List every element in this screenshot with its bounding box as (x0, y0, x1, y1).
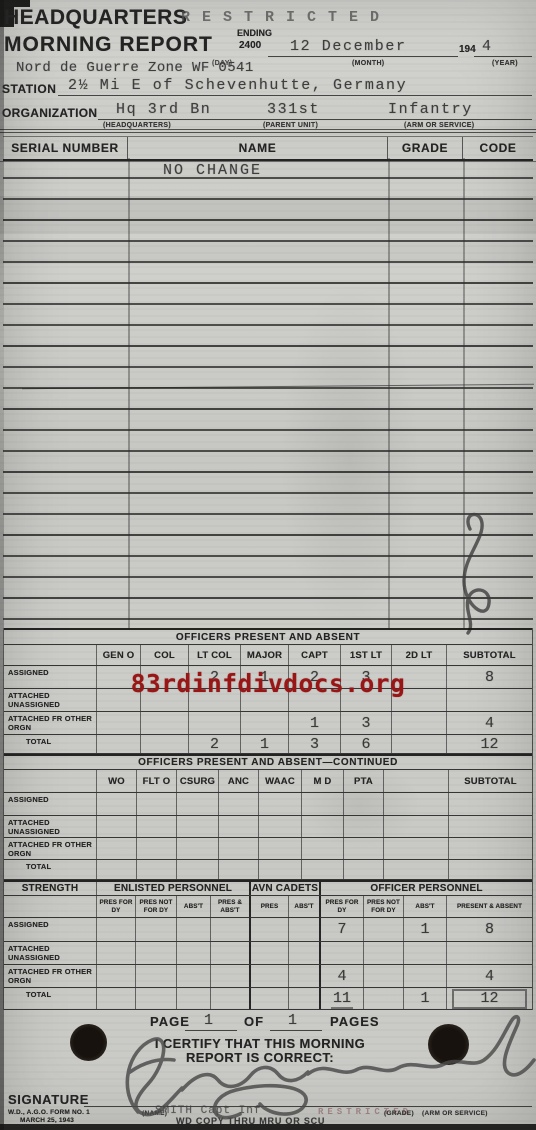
roster-col-grade: GRADE (388, 137, 463, 159)
value-cell (136, 988, 177, 1009)
value-cell (137, 860, 177, 879)
value-cell (251, 918, 289, 941)
row-label: TOTAL (4, 735, 97, 753)
value-cell (302, 793, 344, 815)
roster-vline (388, 158, 390, 628)
col-csurg: CSURG (177, 770, 219, 792)
value-cell (341, 689, 392, 711)
footer: PAGE 1 OF 1 PAGES I CERTIFY THAT THIS MO… (0, 1008, 536, 1130)
value-cell (449, 860, 532, 879)
year-underline (474, 56, 532, 57)
officers-continued-header-row: WO FLT O CSURG ANC WAAC M D PTA SUBTOTAL (4, 770, 532, 793)
value-cell (241, 689, 289, 711)
org-arm-value: Infantry (388, 101, 473, 118)
value-cell (177, 988, 211, 1009)
value-cell: 3 (341, 666, 392, 688)
col-wo: WO (97, 770, 137, 792)
roster-vline (128, 158, 130, 628)
value-cell (289, 942, 321, 964)
row-total: TOTAL 2 1 3 6 12 (4, 735, 532, 754)
row-label: TOTAL (4, 988, 97, 1009)
value-cell (384, 816, 449, 837)
morning-report-title: MORNING REPORT (4, 33, 213, 57)
value-cell: 6 (341, 735, 392, 753)
value-cell: 1 (404, 988, 447, 1009)
value-cell (259, 793, 302, 815)
value-cell (321, 942, 364, 964)
value-cell: 4 (321, 965, 364, 987)
value-cell (364, 918, 404, 941)
row-attached-unassigned: ATTACHED UNASSIGNED (4, 816, 532, 838)
value-cell (97, 666, 141, 688)
value-cell (189, 689, 241, 711)
col-col: COL (141, 645, 189, 665)
row-assigned: ASSIGNED (4, 793, 532, 816)
value-cell (241, 712, 289, 734)
value-cell (251, 965, 289, 987)
org-parent-unit-value: 331st (267, 101, 320, 118)
col-flt-o: FLT O (137, 770, 177, 792)
value-cell (344, 838, 384, 859)
value-cell (219, 860, 259, 879)
col-enl-abst: ABS'T (177, 896, 211, 917)
value-cell (392, 735, 447, 753)
value-cell (97, 712, 141, 734)
value-cell (97, 793, 137, 815)
value-cell: 12 (447, 988, 532, 1009)
group-officer-personnel: OFFICER PERSONNEL (321, 882, 532, 895)
value-cell (449, 838, 532, 859)
value-cell: 7 (321, 918, 364, 941)
value-cell (177, 965, 211, 987)
value-cell (344, 816, 384, 837)
value-cell (141, 666, 189, 688)
value-cell: 1 (404, 918, 447, 941)
officers-header-row: GEN O COL LT COL MAJOR CAPT 1ST LT 2D LT… (4, 645, 532, 666)
value-cell (211, 942, 251, 964)
double-rule (0, 129, 536, 133)
value-cell (259, 816, 302, 837)
strength-table: STRENGTH ENLISTED PERSONNEL AVN CADETS O… (3, 880, 533, 1010)
ending-label: ENDING (237, 28, 272, 38)
col-off-abst: ABS'T (404, 896, 447, 917)
pencil-eight-mark (440, 505, 500, 645)
col-off-present-and-absent: PRESENT & ABSENT (447, 896, 532, 917)
value-cell (364, 988, 404, 1009)
value-cell (344, 793, 384, 815)
station-underline (58, 95, 532, 96)
value-cell (189, 712, 241, 734)
organization-label: ORGANIZATION (2, 106, 97, 120)
strength-title: STRENGTH (4, 882, 97, 895)
row-label: ATTACHED FR OTHER ORGN (4, 838, 97, 859)
form-number-line: W.D., A.G.O. FORM NO. 1 (8, 1109, 90, 1116)
group-avn-cadets: AVN CADETS (251, 882, 321, 895)
row-label: ATTACHED UNASSIGNED (4, 816, 97, 837)
value-cell (177, 816, 219, 837)
value-cell (219, 838, 259, 859)
headquarters-title: HEADQUARTERS (4, 6, 187, 30)
row-label: ASSIGNED (4, 793, 97, 815)
value-cell (177, 838, 219, 859)
value-cell (302, 816, 344, 837)
value-cell (384, 838, 449, 859)
handwritten-signature (100, 1012, 536, 1124)
value-cell (392, 666, 447, 688)
org-arm-label: (ARM OR SERVICE) (404, 122, 474, 129)
col-md: M D (302, 770, 344, 792)
value-cell (141, 689, 189, 711)
col-waac: WAAC (259, 770, 302, 792)
value-cell (97, 860, 137, 879)
roster-entry-no-change: NO CHANGE (163, 162, 262, 179)
col-major: MAJOR (241, 645, 289, 665)
value-cell (449, 816, 532, 837)
value-cell (302, 838, 344, 859)
value-cell (447, 689, 532, 711)
officers-continued-table: OFFICERS PRESENT AND ABSENT—CONTINUED WO… (3, 754, 533, 880)
value-cell (97, 838, 137, 859)
year-label: (YEAR) (492, 60, 518, 67)
organization-underline (98, 119, 532, 120)
value-cell (177, 942, 211, 964)
value-cell (289, 918, 321, 941)
year-value: 4 (482, 38, 493, 55)
form-date-line: MARCH 25, 1943 (20, 1117, 74, 1124)
value-cell: 8 (447, 918, 532, 941)
col-lt-col: LT COL (189, 645, 241, 665)
value-cell (97, 942, 136, 964)
value-cell (219, 816, 259, 837)
col-off-pres-not-for-dy: PRES NOT FOR DY (364, 896, 404, 917)
value-cell (302, 860, 344, 879)
col-off-pres-for-dy: PRES FOR DY (321, 896, 364, 917)
row-attached-fr-other-orgn: ATTACHED FR OTHER ORGN (4, 838, 532, 860)
col-blank (384, 770, 449, 792)
value-cell (136, 942, 177, 964)
col-capt: CAPT (289, 645, 341, 665)
value-cell: 3 (341, 712, 392, 734)
value-cell (137, 816, 177, 837)
officers-table: OFFICERS PRESENT AND ABSENT GEN O COL LT… (3, 628, 533, 754)
col-enl-pres-not-for-dy: PRES NOT FOR DY (136, 896, 177, 917)
col-anc: ANC (219, 770, 259, 792)
officers-table-title: OFFICERS PRESENT AND ABSENT (4, 628, 532, 645)
value-cell (384, 860, 449, 879)
value-cell (141, 712, 189, 734)
value-cell: 4 (447, 965, 532, 987)
roster-col-serial-number: SERIAL NUMBER (3, 137, 128, 159)
month-label: (MONTH) (352, 60, 384, 67)
value-cell (364, 942, 404, 964)
value-cell (219, 793, 259, 815)
value-cell (141, 735, 189, 753)
value-cell: 12 (447, 735, 532, 753)
row-attached-unassigned: ATTACHED UNASSIGNED (4, 942, 532, 965)
row-label: ATTACHED UNASSIGNED (4, 689, 97, 711)
value-cell (97, 918, 136, 941)
value-cell (392, 689, 447, 711)
col-2d-lt: 2D LT (392, 645, 447, 665)
row-label: ATTACHED FR OTHER ORGN (4, 965, 97, 987)
value-cell (344, 860, 384, 879)
col-1st-lt: 1ST LT (341, 645, 392, 665)
org-headquarters-value: Hq 3rd Bn (116, 101, 211, 118)
row-total: TOTAL 11 1 12 (4, 988, 532, 1010)
year-prefix: 194 (459, 44, 476, 55)
value-cell (97, 735, 141, 753)
col-gen-o: GEN O (97, 645, 141, 665)
value-cell (211, 918, 251, 941)
zone-line: Nord de Guerre Zone WF 0541 (16, 60, 254, 76)
value-cell: 3 (289, 735, 341, 753)
value-cell (177, 918, 211, 941)
col-subtotal: SUBTOTAL (447, 645, 532, 665)
roster-body: NO CHANGE (3, 158, 533, 628)
value-cell: 2 (189, 666, 241, 688)
value-cell: 2 (189, 735, 241, 753)
value-cell (97, 816, 137, 837)
row-label: ASSIGNED (4, 666, 97, 688)
value-cell (251, 942, 289, 964)
row-assigned: ASSIGNED 7 1 8 (4, 918, 532, 942)
value-cell (449, 793, 532, 815)
value-cell (392, 712, 447, 734)
value-cell (137, 838, 177, 859)
value-cell (97, 689, 141, 711)
value-cell (404, 942, 447, 964)
station-value: 2½ Mi E of Schevenhutte, Germany (68, 77, 407, 94)
strength-subheader-row: PRES FOR DY PRES NOT FOR DY ABS'T PRES &… (4, 896, 532, 918)
col-enl-pres-for-dy: PRES FOR DY (97, 896, 136, 917)
value-cell (289, 988, 321, 1009)
date-underline (268, 56, 458, 57)
row-label: ATTACHED FR OTHER ORGN (4, 712, 97, 734)
value-cell (97, 965, 136, 987)
value-cell (211, 965, 251, 987)
morning-report-form: HEADQUARTERS RESTRICTED MORNING REPORT E… (0, 0, 536, 1130)
col-pta: PTA (344, 770, 384, 792)
restricted-stamp-top: RESTRICTED (181, 9, 391, 26)
row-attached-unassigned: ATTACHED UNASSIGNED (4, 689, 532, 712)
corner-cell (4, 896, 97, 917)
value-cell (211, 988, 251, 1009)
row-total: TOTAL (4, 860, 532, 880)
row-attached-fr-other-orgn: ATTACHED FR OTHER ORGN 1 3 4 (4, 712, 532, 735)
value-cell: 1 (241, 666, 289, 688)
value-cell (447, 942, 532, 964)
row-attached-fr-other-orgn: ATTACHED FR OTHER ORGN 4 4 (4, 965, 532, 988)
value-cell (251, 988, 289, 1009)
value-cell (177, 860, 219, 879)
roster-col-name: NAME (128, 137, 388, 159)
value-cell (404, 965, 447, 987)
value-cell (289, 965, 321, 987)
strength-group-header-row: STRENGTH ENLISTED PERSONNEL AVN CADETS O… (4, 880, 532, 896)
value-cell (136, 965, 177, 987)
row-label: TOTAL (4, 860, 97, 879)
value-cell: 2 (289, 666, 341, 688)
value-cell (177, 793, 219, 815)
org-parent-unit-label: (PARENT UNIT) (263, 122, 318, 129)
corner-cell (4, 645, 97, 665)
corner-cell (4, 770, 97, 792)
signature-label: SIGNATURE (8, 1092, 89, 1107)
ending-time: 2400 (239, 40, 261, 51)
col-avn-pres: PRES (251, 896, 289, 917)
row-label: ATTACHED UNASSIGNED (4, 942, 97, 964)
officers-continued-title: OFFICERS PRESENT AND ABSENT—CONTINUED (4, 754, 532, 770)
col-avn-abst: ABS'T (289, 896, 321, 917)
date-value: 12 December (290, 38, 407, 55)
col-subtotal: SUBTOTAL (449, 770, 532, 792)
org-headquarters-label: (HEADQUARTERS) (103, 122, 171, 129)
group-enlisted-personnel: ENLISTED PERSONNEL (97, 882, 251, 895)
value-cell: 8 (447, 666, 532, 688)
value-cell: 1 (241, 735, 289, 753)
value-cell: 1 (289, 712, 341, 734)
row-assigned: ASSIGNED 2 1 2 3 8 (4, 666, 532, 689)
value-cell (136, 918, 177, 941)
col-enl-pres-and-abst: PRES & ABS'T (211, 896, 251, 917)
value-cell (259, 860, 302, 879)
value-cell (137, 793, 177, 815)
value-cell (97, 988, 136, 1009)
roster-col-code: CODE (463, 137, 533, 159)
value-cell (364, 965, 404, 987)
value-cell (289, 689, 341, 711)
value-cell (259, 838, 302, 859)
value-cell: 11 (321, 988, 364, 1009)
row-label: ASSIGNED (4, 918, 97, 941)
value-cell (384, 793, 449, 815)
station-label: STATION (2, 82, 56, 96)
value-cell: 4 (447, 712, 532, 734)
